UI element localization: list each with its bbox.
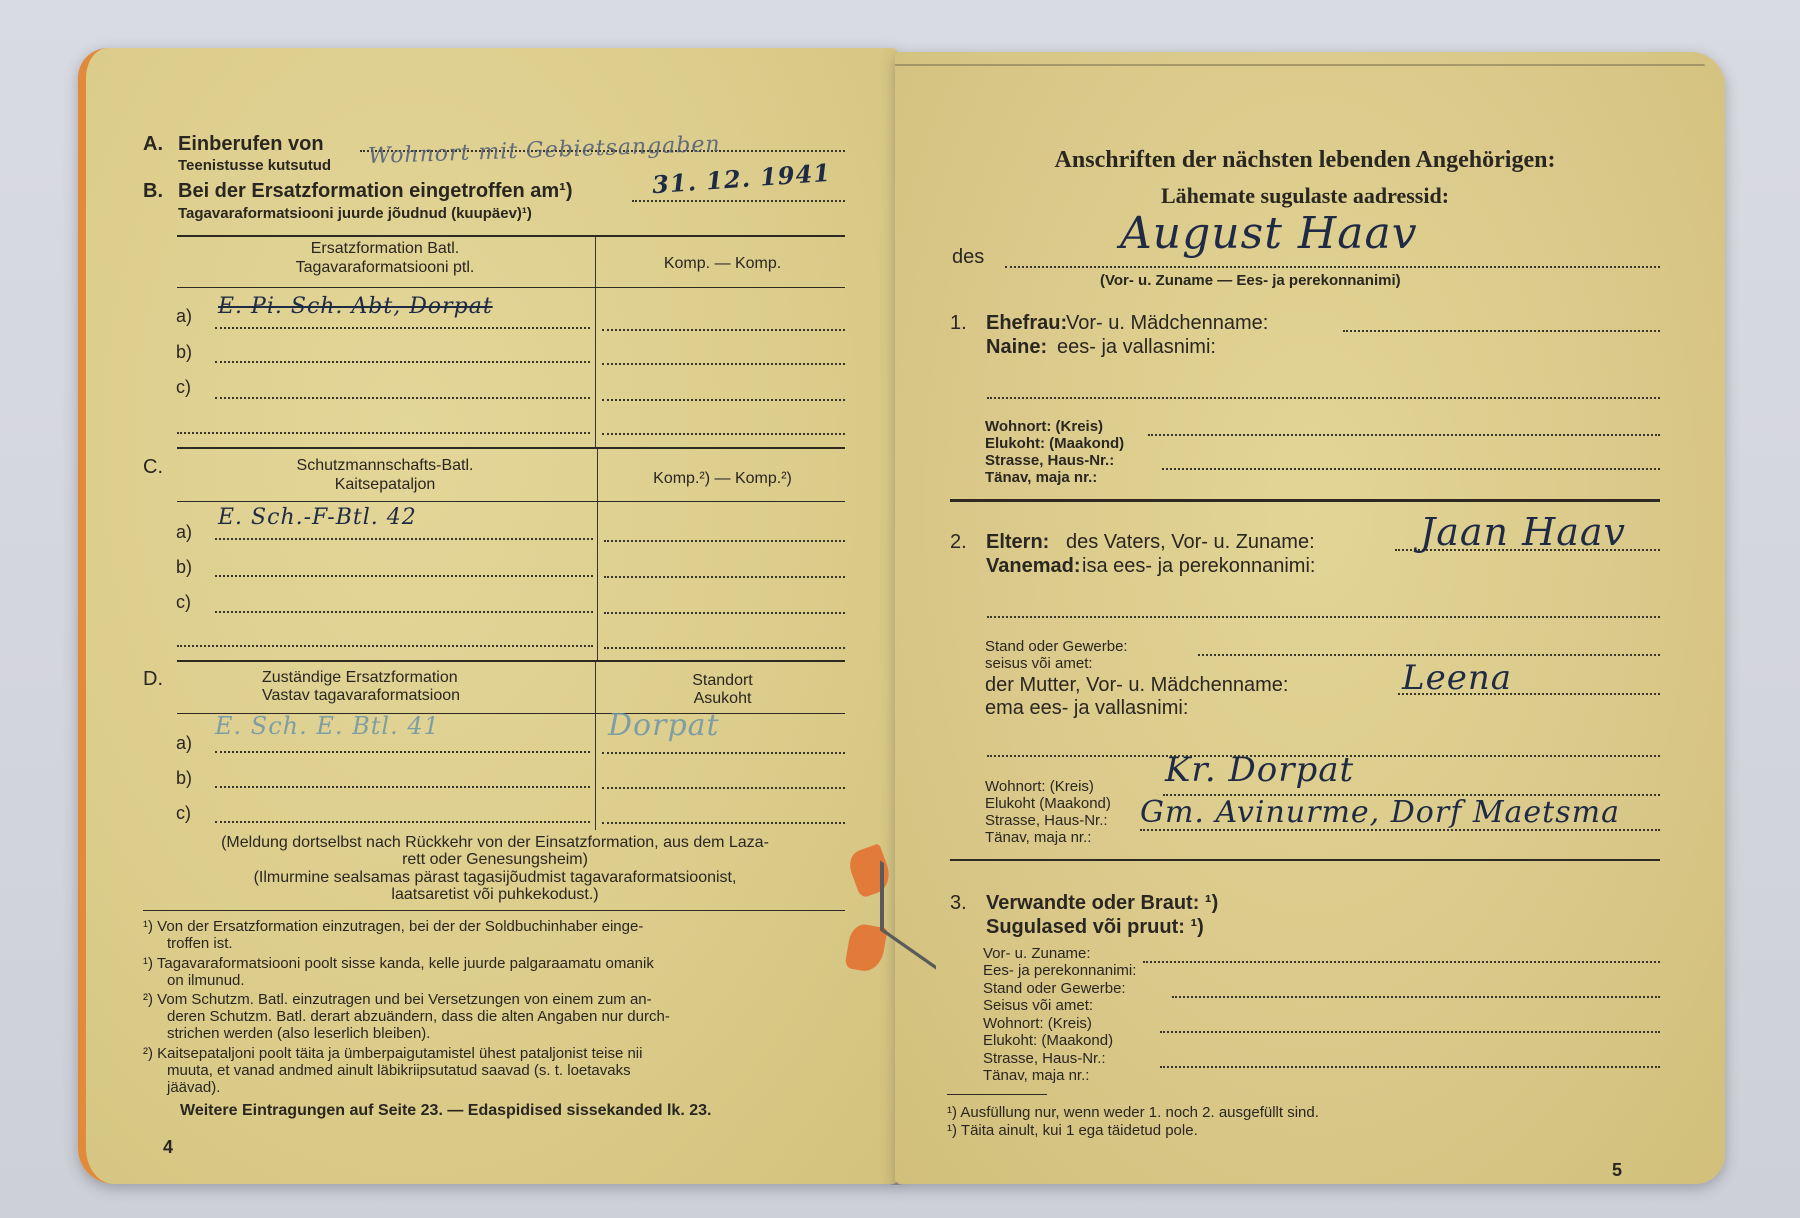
section-2-label-de: des Vaters, Vor- u. Zuname: xyxy=(1066,531,1315,554)
divider xyxy=(947,1094,1047,1095)
section-d-row-b-label: b) xyxy=(176,768,192,789)
row-line xyxy=(1198,654,1660,656)
section-d-col2-de: Standort xyxy=(600,672,845,690)
section-d-note-et-2: laatsaretist või puhkekodust.) xyxy=(140,886,850,904)
footnote-text: Ausfüllung nur, wenn weder 1. noch 2. au… xyxy=(960,1104,1319,1121)
section-2-mother-label-et: ema ees- ja vallasnimi: xyxy=(985,697,1188,720)
section-3-name-et: Ees- ja perekonnanimi: xyxy=(983,962,1136,979)
table-b-col1-de: Ersatzformation Batl. xyxy=(230,240,540,258)
footnote-text: strichen werden (also leserlich bleiben)… xyxy=(143,1025,430,1042)
row-line xyxy=(1343,330,1660,332)
row-line xyxy=(602,433,845,435)
section-d-col1-et: Vastav tagavaraformatsioon xyxy=(262,687,460,705)
row-line xyxy=(215,821,590,823)
row-line xyxy=(1172,996,1660,998)
footnote-mark: ²) xyxy=(143,991,153,1008)
mother-wohnort-value: Kr. Dorpat xyxy=(1165,750,1354,790)
row-line xyxy=(215,397,590,399)
section-1-label-et-bold: Naine: xyxy=(986,336,1047,359)
divider xyxy=(177,235,845,237)
section-1-strasse: Strasse, Haus-Nr.: xyxy=(985,452,1114,469)
footnote-text: Täita ainult, kui 1 ega täidetud pole. xyxy=(961,1122,1198,1139)
divider xyxy=(950,499,1660,502)
section-d-col1-de: Zuständige Ersatzformation xyxy=(262,669,458,687)
des-label: des xyxy=(952,246,984,269)
section-2-wohnort: Wohnort: (Kreis) xyxy=(985,778,1094,795)
section-2-seisus: seisus või amet: xyxy=(985,655,1093,672)
section-c-row-a-value: E. Sch.-F-Btl. 42 xyxy=(218,505,417,530)
row-line xyxy=(602,822,845,824)
des-caption: (Vor- u. Zuname — Ees- ja perekonnanimi) xyxy=(1100,272,1401,289)
row-line xyxy=(1148,434,1660,436)
right-title-et: Lähemate sugulaste aadressid: xyxy=(960,183,1650,209)
section-1-wohnort: Wohnort: (Kreis) xyxy=(985,418,1103,435)
table-b-row-b-label: b) xyxy=(176,342,192,363)
section-2-stand: Stand oder Gewerbe: xyxy=(985,638,1128,655)
section-c-col1-de: Schutzmannschafts-Batl. xyxy=(230,457,540,475)
section-3-label-et: Sugulased või pruut: ¹) xyxy=(986,916,1204,939)
section-a-letter: A. xyxy=(143,133,163,156)
section-d-note-et-1: (Ilmurmine sealsamas pärast tagasijõudmi… xyxy=(140,869,850,887)
section-b-letter: B. xyxy=(143,180,163,203)
table-b-row-a-value: E. Pi. Sch. Abt, Dorpat xyxy=(218,294,493,319)
row-line xyxy=(604,576,845,578)
section-d-row-a-standort: Dorpat xyxy=(608,708,720,743)
footnote-text: troffen ist. xyxy=(143,935,233,952)
table-b-row-a-label: a) xyxy=(176,306,192,327)
right-title-de: Anschriften der nächsten lebenden Angehö… xyxy=(960,147,1650,174)
row-line xyxy=(1162,468,1660,470)
section-3-name-de: Vor- u. Zuname: xyxy=(983,945,1091,962)
further-entries-note: Weitere Eintragungen auf Seite 23. — Eda… xyxy=(180,1102,711,1120)
divider xyxy=(177,447,845,449)
section-3-wohnort: Wohnort: (Kreis) xyxy=(983,1015,1092,1032)
divider xyxy=(143,910,845,911)
left-footnote-2: ¹) Tagavaraformatsiooni poolt sisse kand… xyxy=(143,955,654,989)
footnote-mark: ¹) xyxy=(947,1122,957,1139)
section-c-col1-et: Kaitsepataljon xyxy=(230,476,540,494)
footnote-text: jäävad). xyxy=(143,1079,220,1096)
row-line xyxy=(215,575,593,577)
mother-name: Leena xyxy=(1402,658,1512,698)
row-line xyxy=(604,540,845,542)
footnote-mark: ¹) xyxy=(947,1104,957,1121)
section-c-row-b-label: b) xyxy=(176,557,192,578)
left-footnote-3: ²) Vom Schutzm. Batl. einzutragen und be… xyxy=(143,991,670,1042)
section-d-row-a-value: E. Sch. E. Btl. 41 xyxy=(215,712,440,740)
section-2-label-et-bold: Vanemad: xyxy=(986,555,1080,578)
father-name: Jaan Haav xyxy=(1420,510,1626,554)
section-d-row-a-label: a) xyxy=(176,733,192,754)
section-2-tanav: Tänav, maja nr.: xyxy=(985,829,1091,846)
section-a-label-et: Teenistusse kutsutud xyxy=(178,157,331,174)
page-number-left: 4 xyxy=(163,1137,173,1158)
section-1-elukoht: Elukoht: (Maakond) xyxy=(985,435,1124,452)
right-footnote-1: ¹) Ausfüllung nur, wenn weder 1. noch 2.… xyxy=(947,1104,1319,1121)
section-2-number: 2. xyxy=(950,531,967,554)
footnote-text: muuta, et vanad andmed ainult läbikriips… xyxy=(143,1062,631,1079)
row-line xyxy=(215,361,590,363)
section-2-mother-label-de: der Mutter, Vor- u. Mädchenname: xyxy=(985,674,1289,697)
section-3-stand: Stand oder Gewerbe: xyxy=(983,980,1126,997)
section-d-note-de-1: (Meldung dortselbst nach Rückkehr von de… xyxy=(140,834,850,852)
section-c-letter: C. xyxy=(143,456,163,479)
section-b-label-et: Tagavaraformatsiooni juurde jõudnud (kuu… xyxy=(178,205,532,222)
row-line xyxy=(602,329,845,331)
row-line xyxy=(602,363,845,365)
section-2-label-et: isa ees- ja perekonnanimi: xyxy=(1082,555,1315,578)
mother-strasse-value: Gm. Avinurme, Dorf Maetsma xyxy=(1140,795,1620,830)
section-1-number: 1. xyxy=(950,312,967,335)
column-divider xyxy=(595,662,596,830)
section-3-seisus: Seisus või amet: xyxy=(983,997,1093,1014)
left-footnote-1: ¹) Von der Ersatzformation einzutragen, … xyxy=(143,918,643,952)
row-line xyxy=(1143,961,1660,963)
row-line xyxy=(602,787,845,789)
row-line xyxy=(987,397,1660,399)
row-line xyxy=(215,751,590,753)
section-c-row-c-label: c) xyxy=(176,592,191,613)
row-line xyxy=(177,645,593,647)
row-line xyxy=(987,616,1660,618)
row-line xyxy=(177,432,590,434)
section-3-number: 3. xyxy=(950,892,967,915)
divider xyxy=(177,287,845,288)
table-b-col1-et: Tagavaraformatsiooni ptl. xyxy=(230,259,540,277)
row-line xyxy=(602,752,845,754)
row-line xyxy=(1160,1066,1660,1068)
section-2-strasse: Strasse, Haus-Nr.: xyxy=(985,812,1108,829)
divider xyxy=(177,501,845,502)
section-3-label-de: Verwandte oder Braut: ¹) xyxy=(986,892,1218,915)
table-b-col2: Komp. — Komp. xyxy=(600,255,845,273)
footnote-mark: ²) xyxy=(143,1045,153,1062)
divider xyxy=(950,859,1660,861)
column-divider xyxy=(595,237,596,449)
row-line xyxy=(604,647,845,649)
section-1-label-et: ees- ja vallasnimi: xyxy=(1057,336,1216,359)
footnote-text: Vom Schutzm. Batl. einzutragen und bei V… xyxy=(157,991,651,1008)
section-d-col2-et: Asukoht xyxy=(600,690,845,708)
section-1-label-de: Vor- u. Mädchenname: xyxy=(1066,312,1268,335)
des-value: August Haav xyxy=(1120,208,1418,259)
section-d-note-de-2: rett oder Genesungsheim) xyxy=(140,851,850,869)
footnote-text: Tagavaraformatsiooni poolt sisse kanda, … xyxy=(157,955,654,972)
footnote-text: deren Schutzm. Batl. derart abzuändern, … xyxy=(143,1008,670,1025)
footnote-mark: ¹) xyxy=(143,955,153,972)
footnote-mark: ¹) xyxy=(143,918,153,935)
section-1-tanav: Tänav, maja nr.: xyxy=(985,469,1097,486)
section-d-letter: D. xyxy=(143,668,163,691)
row-line xyxy=(215,611,593,613)
section-b-line xyxy=(632,200,845,202)
section-3-strasse: Strasse, Haus-Nr.: xyxy=(983,1050,1106,1067)
row-line xyxy=(1160,1031,1660,1033)
footnote-text: on ilmunud. xyxy=(143,972,245,989)
section-d-row-c-label: c) xyxy=(176,803,191,824)
footnote-text: Kaitsepataljoni poolt täita ja ümberpaig… xyxy=(157,1045,642,1062)
table-b-row-c-label: c) xyxy=(176,377,191,398)
des-line xyxy=(1005,266,1660,268)
footnote-text: Von der Ersatzformation einzutragen, bei… xyxy=(157,918,643,935)
row-line xyxy=(215,786,590,788)
left-footnote-4: ²) Kaitsepataljoni poolt täita ja ümberp… xyxy=(143,1045,642,1096)
section-2-label-de-bold: Eltern: xyxy=(986,531,1049,554)
row-line xyxy=(602,399,845,401)
section-a-label-de: Einberufen von xyxy=(178,133,324,156)
column-divider xyxy=(597,449,598,661)
right-footnote-2: ¹) Täita ainult, kui 1 ega täidetud pole… xyxy=(947,1122,1198,1139)
section-2-elukoht: Elukoht (Maakond) xyxy=(985,795,1111,812)
row-line xyxy=(215,327,590,329)
divider xyxy=(177,660,845,662)
row-line xyxy=(604,612,845,614)
section-1-label-de-bold: Ehefrau: xyxy=(986,312,1067,335)
row-line xyxy=(215,538,593,540)
section-c-row-a-label: a) xyxy=(176,522,192,543)
section-3-elukoht: Elukoht: (Maakond) xyxy=(983,1032,1113,1049)
section-3-tanav: Tänav, maja nr.: xyxy=(983,1067,1089,1084)
section-b-label-de: Bei der Ersatzformation eingetroffen am¹… xyxy=(178,180,573,203)
page-number-right: 5 xyxy=(1612,1160,1622,1181)
section-c-col2: Komp.²) — Komp.²) xyxy=(600,470,845,488)
